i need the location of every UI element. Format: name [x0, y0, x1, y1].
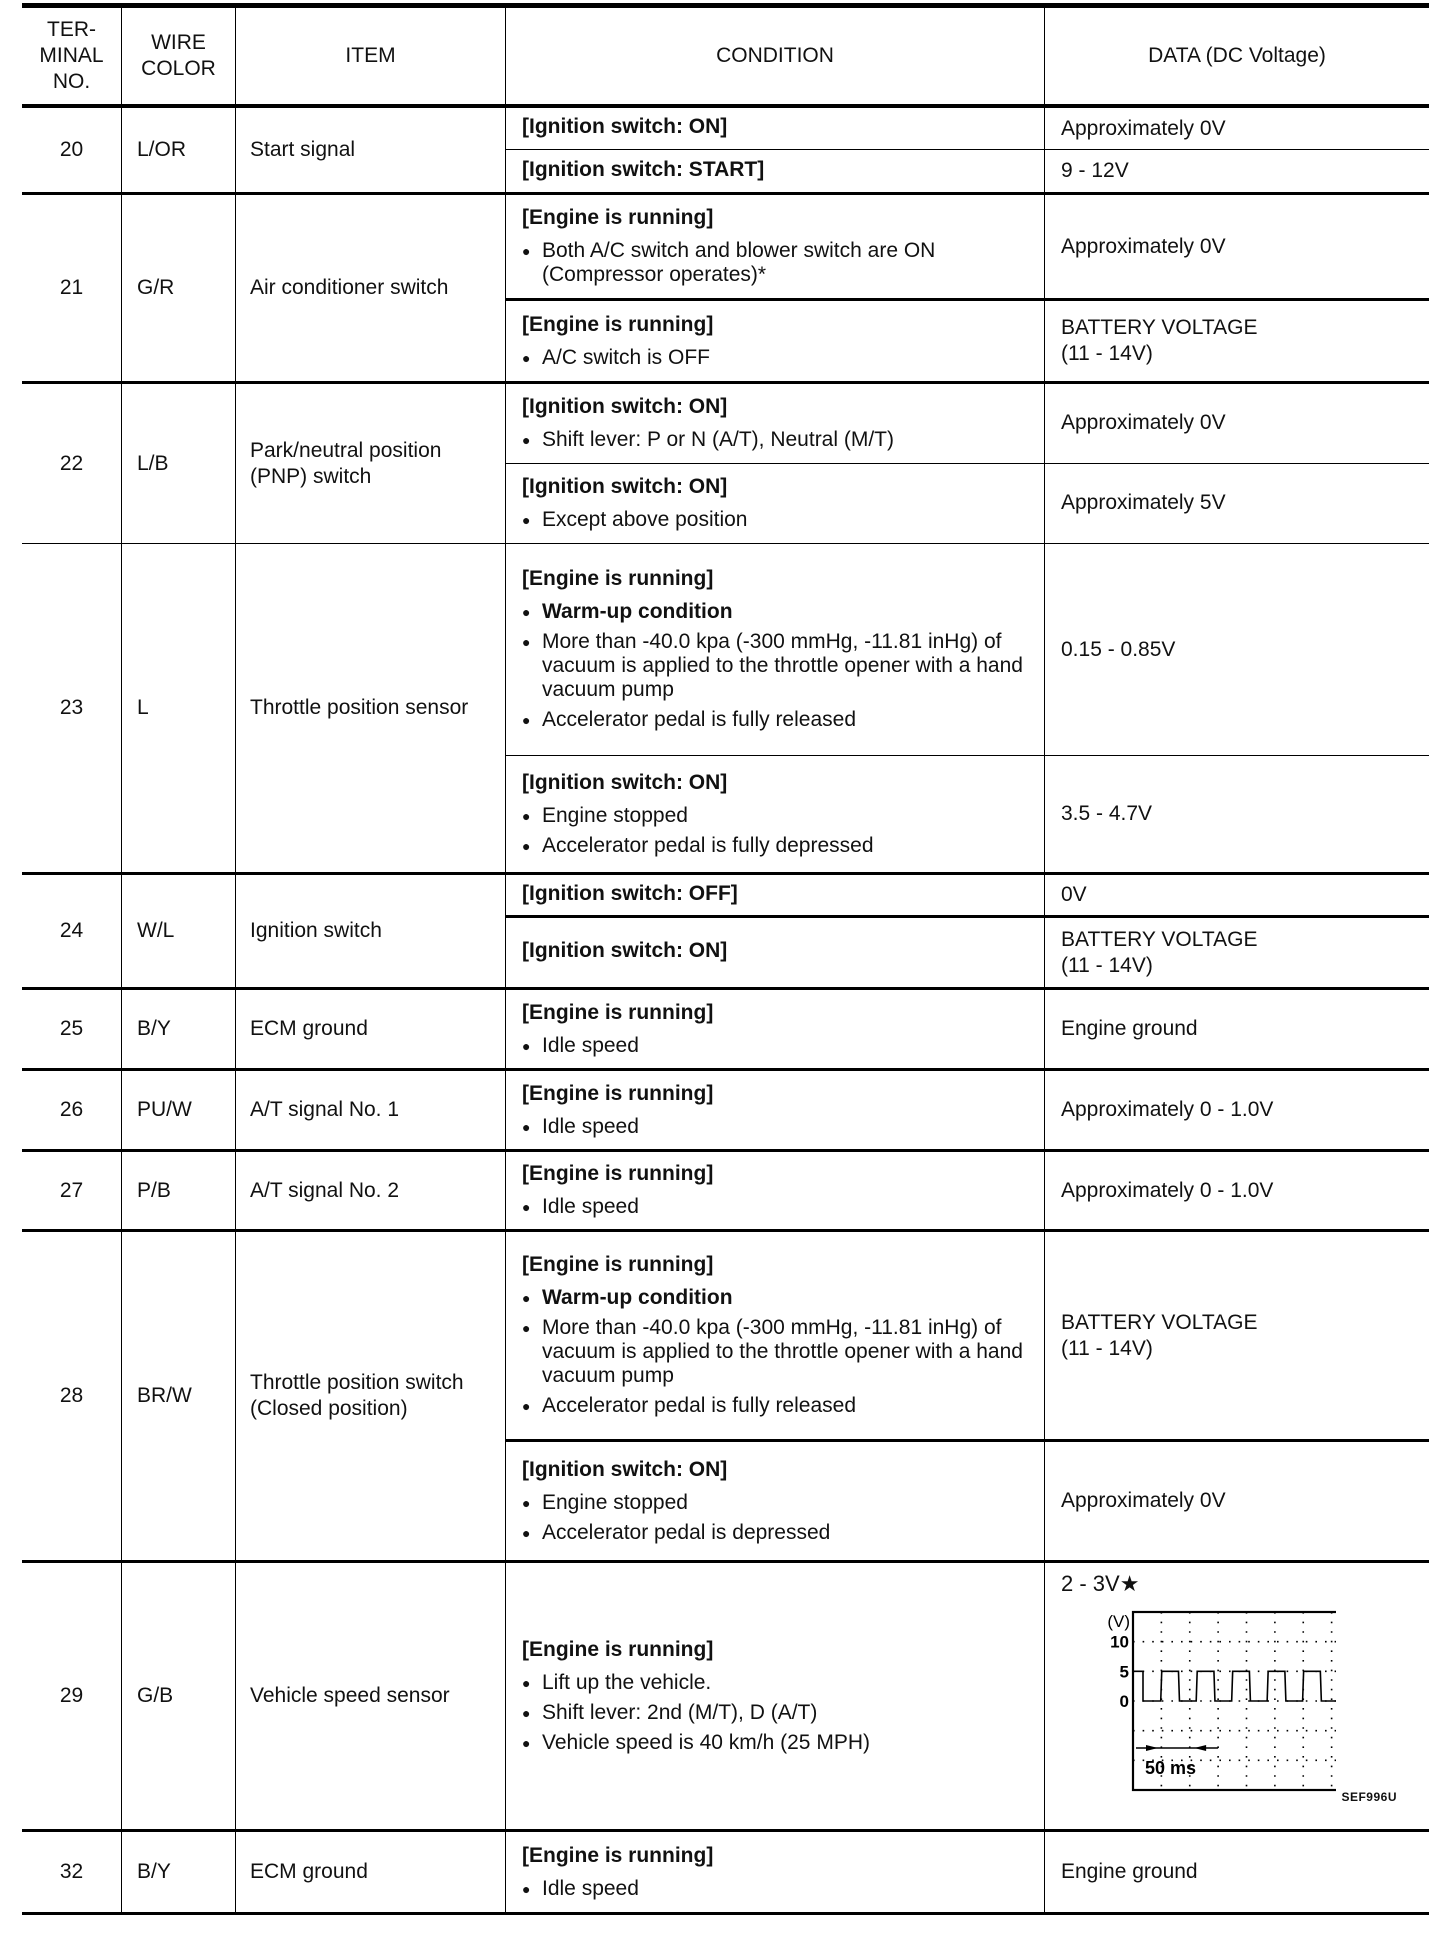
- bullet-icon: ●: [522, 1491, 542, 1515]
- condition-heading: [Engine is running]: [522, 1253, 1036, 1277]
- condition-row: [Engine is running]●Warm-up condition●Mo…: [506, 1232, 1429, 1442]
- bullet-text: Warm-up condition: [542, 1286, 733, 1310]
- bullet-icon: ●: [522, 834, 542, 858]
- condition-heading: [Engine is running]: [522, 1844, 1036, 1868]
- bullet-icon: ●: [522, 346, 542, 370]
- wire-color: L: [122, 544, 236, 872]
- data-cell: Approximately 0V: [1045, 1442, 1429, 1560]
- condition-row: [Engine is running]●A/C switch is OFFBAT…: [506, 301, 1429, 381]
- condition-bullet: ●Idle speed: [522, 1195, 1036, 1219]
- data-cell: 0V: [1045, 875, 1429, 915]
- bullet-icon: ●: [522, 1877, 542, 1901]
- data-cell: Approximately 0V: [1045, 195, 1429, 298]
- condition-group: [Engine is running]●Idle speedApproximat…: [506, 1071, 1429, 1149]
- condition-bullet: ●Idle speed: [522, 1034, 1036, 1058]
- condition-cell: [Ignition switch: ON]●Engine stopped●Acc…: [506, 756, 1045, 872]
- data-value: Engine ground: [1061, 1859, 1419, 1885]
- bullet-text: Accelerator pedal is fully released: [542, 708, 856, 732]
- data-value: 9 - 12V: [1061, 158, 1419, 184]
- condition-group: [Ignition switch: ON]Approximately 0V[Ig…: [506, 108, 1429, 192]
- condition-cell: [Engine is running]●Idle speed: [506, 1832, 1045, 1912]
- bullet-text: Except above position: [542, 508, 747, 532]
- table-row: 23LThrottle position sensor[Engine is ru…: [22, 544, 1429, 875]
- table-row: 29G/BVehicle speed sensor[Engine is runn…: [22, 1563, 1429, 1832]
- condition-group: [Engine is running]●Warm-up condition●Mo…: [506, 1232, 1429, 1560]
- data-cell: Engine ground: [1045, 990, 1429, 1068]
- data-cell: 2 - 3V★(V)105050 msSEF996U: [1045, 1563, 1429, 1829]
- data-cell: Approximately 0V: [1045, 108, 1429, 149]
- figure-id: SEF996U: [1341, 1784, 1397, 1810]
- condition-heading: [Engine is running]: [522, 1001, 1036, 1025]
- condition-bullet: ●Vehicle speed is 40 km/h (25 MPH): [522, 1731, 1036, 1755]
- condition-row: [Engine is running]●Warm-up condition●Mo…: [506, 544, 1429, 756]
- bullet-text: A/C switch is OFF: [542, 346, 710, 370]
- condition-heading: [Ignition switch: ON]: [522, 475, 1036, 499]
- item-name: Air conditioner switch: [236, 195, 506, 381]
- bullet-icon: ●: [522, 1115, 542, 1139]
- condition-heading: [Ignition switch: OFF]: [522, 882, 1036, 906]
- bullet-text: More than -40.0 kpa (-300 mmHg, -11.81 i…: [542, 1316, 1036, 1388]
- terminal-number: 25: [22, 990, 122, 1068]
- header-wire-color: WIRECOLOR: [122, 8, 236, 104]
- item-name: ECM ground: [236, 990, 506, 1068]
- data-value: (11 - 14V): [1061, 1336, 1419, 1362]
- condition-heading: [Ignition switch: ON]: [522, 771, 1036, 795]
- bullet-text: Vehicle speed is 40 km/h (25 MPH): [542, 1731, 870, 1755]
- data-value: Approximately 0 - 1.0V: [1061, 1097, 1419, 1123]
- bullet-icon: ●: [522, 600, 542, 624]
- data-value: BATTERY VOLTAGE: [1061, 927, 1419, 953]
- oscilloscope-waveform: (V)105050 ms: [1036, 1597, 1336, 1797]
- bullet-icon: ●: [522, 1521, 542, 1545]
- star-icon: ★: [1120, 1571, 1140, 1596]
- time-scale-label: 50 ms: [1145, 1758, 1196, 1778]
- condition-row: [Engine is running]●Idle speedEngine gro…: [506, 1832, 1429, 1912]
- condition-heading: [Engine is running]: [522, 567, 1036, 591]
- terminal-number: 21: [22, 195, 122, 381]
- condition-heading: [Engine is running]: [522, 1638, 1036, 1662]
- bullet-icon: ●: [522, 1195, 542, 1219]
- condition-row: [Ignition switch: ON]Approximately 0V: [506, 108, 1429, 150]
- data-cell: BATTERY VOLTAGE(11 - 14V): [1045, 301, 1429, 381]
- condition-row: [Engine is running]●Both A/C switch and …: [506, 195, 1429, 301]
- y-unit-label: (V): [1107, 1612, 1130, 1631]
- terminal-number: 29: [22, 1563, 122, 1829]
- data-cell: Approximately 0 - 1.0V: [1045, 1071, 1429, 1149]
- bullet-text: Idle speed: [542, 1877, 639, 1901]
- condition-row: [Engine is running]●Lift up the vehicle.…: [506, 1563, 1429, 1829]
- data-cell: Engine ground: [1045, 1832, 1429, 1912]
- condition-bullet: ●Lift up the vehicle.: [522, 1671, 1036, 1695]
- condition-bullet: ●Engine stopped: [522, 1491, 1036, 1515]
- table-row: 32B/YECM ground[Engine is running]●Idle …: [22, 1832, 1429, 1915]
- bullet-text: Idle speed: [542, 1195, 639, 1219]
- condition-heading: [Ignition switch: ON]: [522, 1458, 1036, 1482]
- condition-cell: [Ignition switch: ON]: [506, 108, 1045, 149]
- data-cell: 9 - 12V: [1045, 150, 1429, 192]
- item-name: Throttle position switch (Closed positio…: [236, 1232, 506, 1560]
- bullet-icon: ●: [522, 1394, 542, 1418]
- condition-group: [Engine is running]●Warm-up condition●Mo…: [506, 544, 1429, 872]
- wire-color: B/Y: [122, 1832, 236, 1912]
- terminal-number: 27: [22, 1152, 122, 1229]
- ecm-terminal-table: TER-MINALNO. WIRECOLOR ITEM CONDITION DA…: [22, 3, 1429, 1915]
- data-value: (11 - 14V): [1061, 953, 1419, 979]
- condition-row: [Ignition switch: OFF]0V: [506, 875, 1429, 918]
- item-name: ECM ground: [236, 1832, 506, 1912]
- table-header: TER-MINALNO. WIRECOLOR ITEM CONDITION DA…: [22, 8, 1429, 108]
- condition-heading: [Ignition switch: ON]: [522, 395, 1036, 419]
- table-row: 21G/RAir conditioner switch[Engine is ru…: [22, 195, 1429, 384]
- bullet-text: Accelerator pedal is fully depressed: [542, 834, 874, 858]
- bullet-icon: ●: [522, 1731, 542, 1755]
- bullet-icon: ●: [522, 804, 542, 828]
- bullet-icon: ●: [522, 508, 542, 532]
- condition-cell: [Ignition switch: ON]●Engine stopped●Acc…: [506, 1442, 1045, 1560]
- condition-cell: [Engine is running]●Warm-up condition●Mo…: [506, 1232, 1045, 1439]
- condition-cell: [Engine is running]●Idle speed: [506, 990, 1045, 1068]
- bullet-icon: ●: [522, 1316, 542, 1388]
- bullet-text: More than -40.0 kpa (-300 mmHg, -11.81 i…: [542, 630, 1036, 702]
- condition-row: [Engine is running]●Idle speedEngine gro…: [506, 990, 1429, 1068]
- condition-bullet: ●Idle speed: [522, 1877, 1036, 1901]
- data-value: 0V: [1061, 882, 1419, 908]
- condition-cell: [Engine is running]●Warm-up condition●Mo…: [506, 544, 1045, 755]
- y-tick-label: 10: [1110, 1633, 1129, 1652]
- data-cell: 3.5 - 4.7V: [1045, 756, 1429, 872]
- y-tick-label: 5: [1120, 1662, 1129, 1681]
- wire-color: G/B: [122, 1563, 236, 1829]
- wire-color: BR/W: [122, 1232, 236, 1560]
- condition-bullet: ●More than -40.0 kpa (-300 mmHg, -11.81 …: [522, 630, 1036, 702]
- condition-heading: [Ignition switch: START]: [522, 158, 1036, 182]
- data-value: Approximately 0 - 1.0V: [1061, 1178, 1419, 1204]
- bullet-text: Idle speed: [542, 1034, 639, 1058]
- data-cell: BATTERY VOLTAGE(11 - 14V): [1045, 1232, 1429, 1439]
- item-name: Park/neutral position (PNP) switch: [236, 384, 506, 543]
- item-name: Start signal: [236, 108, 506, 192]
- condition-cell: [Engine is running]●Both A/C switch and …: [506, 195, 1045, 298]
- data-cell: Approximately 5V: [1045, 464, 1429, 544]
- header-item: ITEM: [236, 8, 506, 104]
- waveform-value: 2 - 3V★: [1061, 1571, 1139, 1597]
- bullet-text: Both A/C switch and blower switch are ON…: [542, 239, 1036, 287]
- bullet-text: Engine stopped: [542, 804, 688, 828]
- condition-bullet: ●Warm-up condition: [522, 600, 1036, 624]
- condition-bullet: ●A/C switch is OFF: [522, 346, 1036, 370]
- data-value: Approximately 0V: [1061, 234, 1419, 260]
- condition-group: [Ignition switch: ON]●Shift lever: P or …: [506, 384, 1429, 543]
- condition-group: [Engine is running]●Idle speedApproximat…: [506, 1152, 1429, 1229]
- condition-row: [Ignition switch: START]9 - 12V: [506, 150, 1429, 192]
- bullet-text: Engine stopped: [542, 1491, 688, 1515]
- condition-group: [Ignition switch: OFF]0V[Ignition switch…: [506, 875, 1429, 987]
- data-value: 3.5 - 4.7V: [1061, 801, 1419, 827]
- condition-bullet: ●Accelerator pedal is fully released: [522, 1394, 1036, 1418]
- bullet-text: Accelerator pedal is depressed: [542, 1521, 830, 1545]
- data-value: Approximately 0V: [1061, 116, 1419, 142]
- data-value: Approximately 0V: [1061, 410, 1419, 436]
- condition-bullet: ●Warm-up condition: [522, 1286, 1036, 1310]
- condition-bullet: ●Accelerator pedal is depressed: [522, 1521, 1036, 1545]
- table-row: 28BR/WThrottle position switch (Closed p…: [22, 1232, 1429, 1563]
- condition-row: [Ignition switch: ON]BATTERY VOLTAGE(11 …: [506, 918, 1429, 987]
- condition-heading: [Engine is running]: [522, 1162, 1036, 1186]
- waveform-figure: 2 - 3V★(V)105050 msSEF996U: [1061, 1567, 1419, 1812]
- condition-cell: [Ignition switch: START]: [506, 150, 1045, 192]
- condition-cell: [Engine is running]●A/C switch is OFF: [506, 301, 1045, 381]
- wire-color: PU/W: [122, 1071, 236, 1149]
- condition-group: [Engine is running]●Both A/C switch and …: [506, 195, 1429, 381]
- item-name: A/T signal No. 1: [236, 1071, 506, 1149]
- table-row: 20L/ORStart signal[Ignition switch: ON]A…: [22, 108, 1429, 195]
- condition-row: [Engine is running]●Idle speedApproximat…: [506, 1152, 1429, 1229]
- bullet-icon: ●: [522, 1286, 542, 1310]
- bullet-icon: ●: [522, 1034, 542, 1058]
- terminal-number: 23: [22, 544, 122, 872]
- condition-row: [Engine is running]●Idle speedApproximat…: [506, 1071, 1429, 1149]
- condition-cell: [Ignition switch: ON]: [506, 918, 1045, 987]
- terminal-number: 22: [22, 384, 122, 543]
- condition-cell: [Ignition switch: ON]●Shift lever: P or …: [506, 384, 1045, 463]
- terminal-number: 24: [22, 875, 122, 987]
- condition-cell: [Ignition switch: ON]●Except above posit…: [506, 464, 1045, 544]
- data-cell: Approximately 0 - 1.0V: [1045, 1152, 1429, 1229]
- condition-bullet: ●Accelerator pedal is fully depressed: [522, 834, 1036, 858]
- wire-color: G/R: [122, 195, 236, 381]
- condition-bullet: ●Shift lever: 2nd (M/T), D (A/T): [522, 1701, 1036, 1725]
- data-cell: BATTERY VOLTAGE(11 - 14V): [1045, 918, 1429, 987]
- data-value: Approximately 0V: [1061, 1488, 1419, 1514]
- condition-bullet: ●More than -40.0 kpa (-300 mmHg, -11.81 …: [522, 1316, 1036, 1388]
- data-value: BATTERY VOLTAGE: [1061, 1310, 1419, 1336]
- bullet-text: Idle speed: [542, 1115, 639, 1139]
- bullet-icon: ●: [522, 428, 542, 452]
- table-row: 26PU/WA/T signal No. 1[Engine is running…: [22, 1071, 1429, 1152]
- header-terminal-no: TER-MINALNO.: [22, 8, 122, 104]
- terminal-number: 28: [22, 1232, 122, 1560]
- terminal-number: 26: [22, 1071, 122, 1149]
- wire-color: L/B: [122, 384, 236, 543]
- condition-bullet: ●Shift lever: P or N (A/T), Neutral (M/T…: [522, 428, 1036, 452]
- condition-group: [Engine is running]●Idle speedEngine gro…: [506, 990, 1429, 1068]
- bullet-icon: ●: [522, 630, 542, 702]
- header-condition: CONDITION: [506, 8, 1045, 104]
- condition-heading: [Engine is running]: [522, 1082, 1036, 1106]
- header-data: DATA (DC Voltage): [1045, 8, 1429, 104]
- wire-color: P/B: [122, 1152, 236, 1229]
- table-row: 24W/LIgnition switch[Ignition switch: OF…: [22, 875, 1429, 990]
- condition-cell: [Engine is running]●Lift up the vehicle.…: [506, 1563, 1045, 1829]
- condition-bullet: ●Accelerator pedal is fully released: [522, 708, 1036, 732]
- item-name: Throttle position sensor: [236, 544, 506, 872]
- item-name: Ignition switch: [236, 875, 506, 987]
- data-cell: 0.15 - 0.85V: [1045, 544, 1429, 755]
- condition-heading: [Engine is running]: [522, 206, 1036, 230]
- data-value: BATTERY VOLTAGE: [1061, 315, 1419, 341]
- wire-color: W/L: [122, 875, 236, 987]
- arrow-left-icon: [1194, 1745, 1206, 1751]
- condition-bullet: ●Idle speed: [522, 1115, 1036, 1139]
- item-name: A/T signal No. 2: [236, 1152, 506, 1229]
- bullet-text: Accelerator pedal is fully released: [542, 1394, 856, 1418]
- condition-heading: [Ignition switch: ON]: [522, 939, 1036, 963]
- table-row: 22L/BPark/neutral position (PNP) switch[…: [22, 384, 1429, 544]
- condition-row: [Ignition switch: ON]●Except above posit…: [506, 464, 1429, 544]
- bullet-icon: ●: [522, 708, 542, 732]
- bullet-text: Shift lever: 2nd (M/T), D (A/T): [542, 1701, 817, 1725]
- condition-row: [Ignition switch: ON]●Engine stopped●Acc…: [506, 1442, 1429, 1560]
- condition-cell: [Engine is running]●Idle speed: [506, 1071, 1045, 1149]
- table-row: 27P/BA/T signal No. 2[Engine is running]…: [22, 1152, 1429, 1232]
- table-body: 20L/ORStart signal[Ignition switch: ON]A…: [22, 108, 1429, 1915]
- data-value: (11 - 14V): [1061, 341, 1419, 367]
- bullet-text: Lift up the vehicle.: [542, 1671, 711, 1695]
- condition-cell: [Engine is running]●Idle speed: [506, 1152, 1045, 1229]
- wire-color: B/Y: [122, 990, 236, 1068]
- condition-row: [Ignition switch: ON]●Engine stopped●Acc…: [506, 756, 1429, 872]
- terminal-number: 32: [22, 1832, 122, 1912]
- condition-bullet: ●Both A/C switch and blower switch are O…: [522, 239, 1036, 287]
- table-row: 25B/YECM ground[Engine is running]●Idle …: [22, 990, 1429, 1071]
- bullet-text: Warm-up condition: [542, 600, 733, 624]
- data-value: Approximately 5V: [1061, 490, 1419, 516]
- condition-row: [Ignition switch: ON]●Shift lever: P or …: [506, 384, 1429, 464]
- bullet-icon: ●: [522, 239, 542, 287]
- data-cell: Approximately 0V: [1045, 384, 1429, 463]
- data-value: 0.15 - 0.85V: [1061, 637, 1419, 663]
- condition-group: [Engine is running]●Idle speedEngine gro…: [506, 1832, 1429, 1912]
- arrow-right-icon: [1146, 1745, 1158, 1751]
- y-tick-label: 0: [1120, 1692, 1129, 1711]
- condition-bullet: ●Engine stopped: [522, 804, 1036, 828]
- condition-heading: [Engine is running]: [522, 313, 1036, 337]
- wire-color: L/OR: [122, 108, 236, 192]
- bullet-text: Shift lever: P or N (A/T), Neutral (M/T): [542, 428, 894, 452]
- bullet-icon: ●: [522, 1701, 542, 1725]
- bullet-icon: ●: [522, 1671, 542, 1695]
- condition-heading: [Ignition switch: ON]: [522, 115, 1036, 139]
- condition-group: [Engine is running]●Lift up the vehicle.…: [506, 1563, 1429, 1829]
- condition-cell: [Ignition switch: OFF]: [506, 875, 1045, 915]
- data-value: Engine ground: [1061, 1016, 1419, 1042]
- condition-bullet: ●Except above position: [522, 508, 1036, 532]
- terminal-number: 20: [22, 108, 122, 192]
- item-name: Vehicle speed sensor: [236, 1563, 506, 1829]
